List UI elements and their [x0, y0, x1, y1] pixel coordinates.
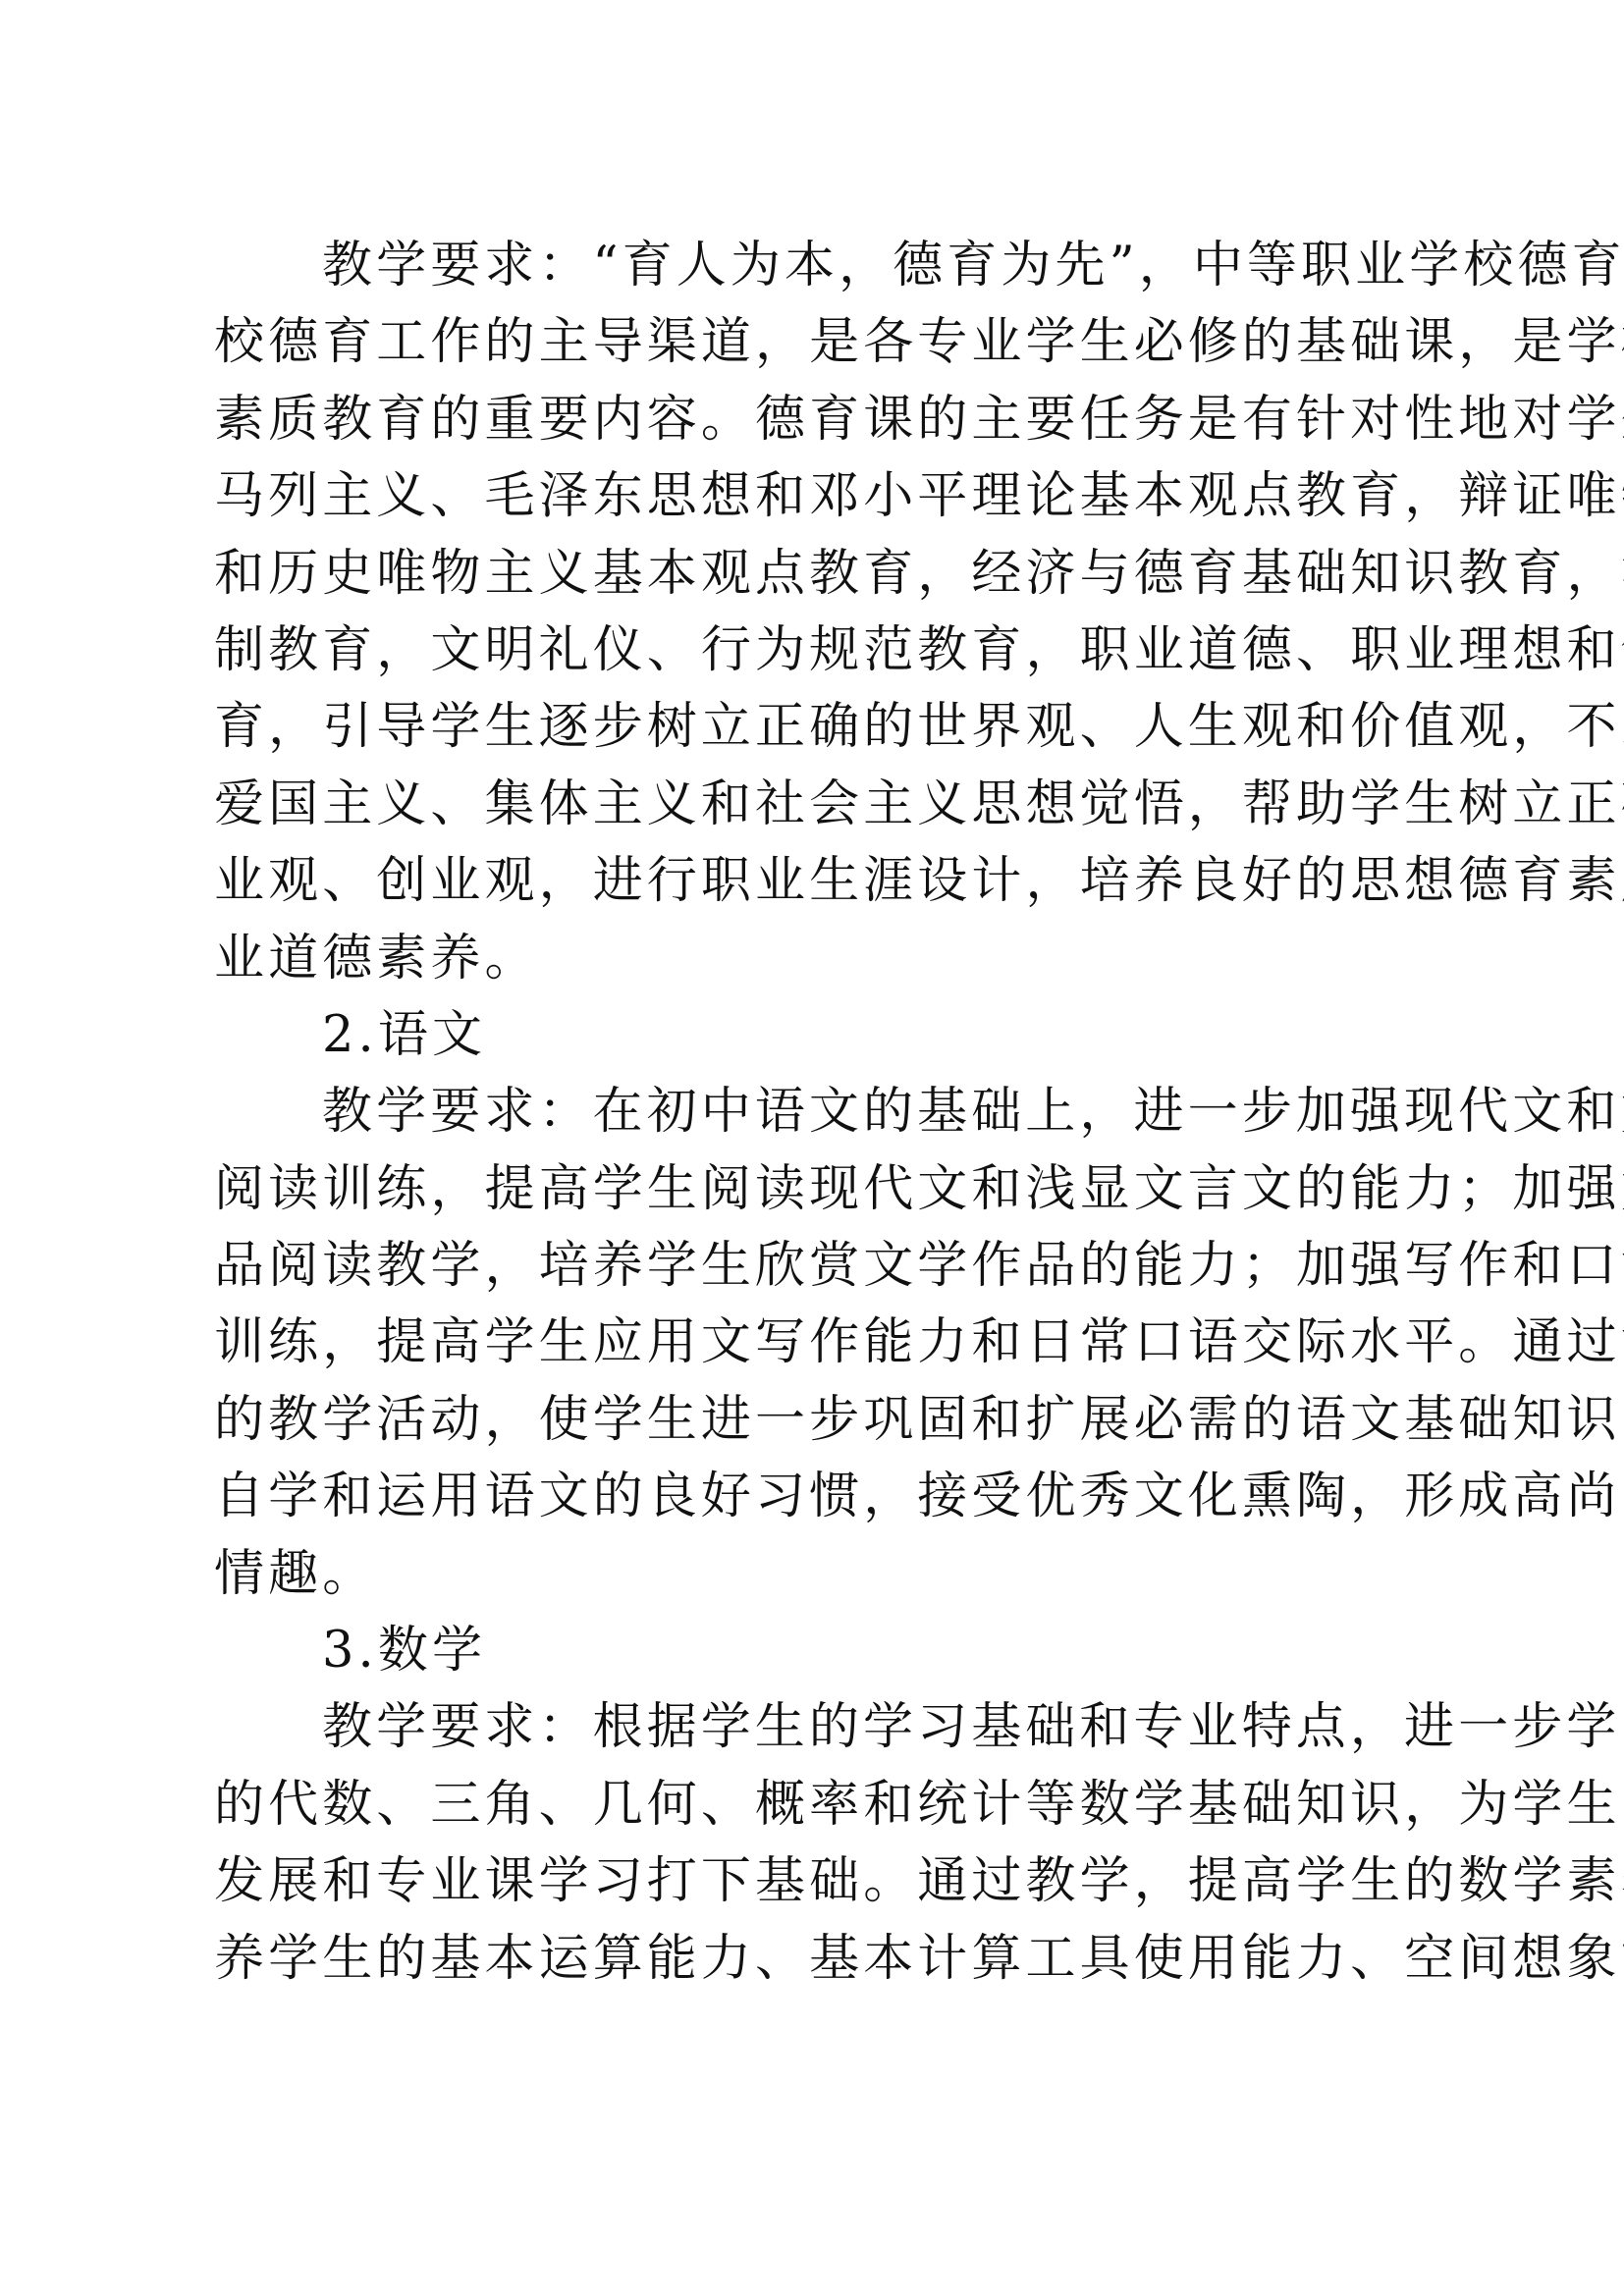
text-line: 自学和运用语文的良好习惯，接受优秀文化熏陶，形成高尚的审美: [214, 1459, 1412, 1535]
text-line: 和历史唯物主义基本观点教育，经济与德育基础知识教育，法纪法: [214, 536, 1412, 613]
text-line: 制教育，文明礼仪、行为规范教育，职业道德、职业理想和创业教: [214, 613, 1412, 689]
paragraph-chinese: 教学要求：在初中语文的基础上，进一步加强现代文和文言文 阅读训练，提高学生阅读现…: [214, 1074, 1412, 1613]
text-line: 业观、创业观，进行职业生涯设计，培养良好的思想德育素质和职: [214, 843, 1412, 920]
text-line: 校德育工作的主导渠道，是各专业学生必修的基础课，是学校实施: [214, 304, 1412, 381]
text-line: 阅读训练，提高学生阅读现代文和浅显文言文的能力；加强文学作: [214, 1151, 1412, 1228]
text-line: 的代数、三角、几何、概率和统计等数学基础知识，为学生的自身: [214, 1767, 1412, 1843]
document-page: 教学要求：“育人为本，德育为先”，中等职业学校德育课是学 校德育工作的主导渠道，…: [0, 0, 1624, 2296]
text-line: 品阅读教学，培养学生欣赏文学作品的能力；加强写作和口语交际: [214, 1228, 1412, 1305]
paragraph-math: 教学要求：根据学生的学习基础和专业特点，进一步学习必需 的代数、三角、几何、概率…: [214, 1689, 1412, 1998]
section-heading-chinese: 2.语文: [214, 997, 1412, 1074]
section-heading-math: 3.数学: [214, 1613, 1412, 1689]
text-line: 的教学活动，使学生进一步巩固和扩展必需的语文基础知识，养成: [214, 1382, 1412, 1459]
text-line: 业道德素养。: [214, 921, 1412, 997]
text-line: 马列主义、毛泽东思想和邓小平理论基本观点教育，辩证唯物主义: [214, 458, 1412, 535]
text-line: 爱国主义、集体主义和社会主义思想觉悟，帮助学生树立正确的择: [214, 767, 1412, 843]
text-line: 情趣。: [214, 1536, 1412, 1613]
text-line: 发展和专业课学习打下基础。通过教学，提高学生的数学素养，培: [214, 1843, 1412, 1920]
text-line: 素质教育的重要内容。德育课的主要任务是有针对性地对学生进行: [214, 382, 1412, 458]
text-line: 养学生的基本运算能力、基本计算工具使用能力、空间想象能力、: [214, 1921, 1412, 1998]
text-line: 教学要求：“育人为本，德育为先”，中等职业学校德育课是学: [214, 228, 1412, 304]
text-line: 训练，提高学生应用文写作能力和日常口语交际水平。通过课内外: [214, 1305, 1412, 1381]
paragraph-moral-education: 教学要求：“育人为本，德育为先”，中等职业学校德育课是学 校德育工作的主导渠道，…: [214, 228, 1412, 997]
text-line: 育，引导学生逐步树立正确的世界观、人生观和价值观，不断提高: [214, 689, 1412, 766]
text-line: 教学要求：在初中语文的基础上，进一步加强现代文和文言文: [214, 1074, 1412, 1150]
text-line: 教学要求：根据学生的学习基础和专业特点，进一步学习必需: [214, 1689, 1412, 1766]
page-body: 教学要求：“育人为本，德育为先”，中等职业学校德育课是学 校德育工作的主导渠道，…: [214, 228, 1412, 1998]
